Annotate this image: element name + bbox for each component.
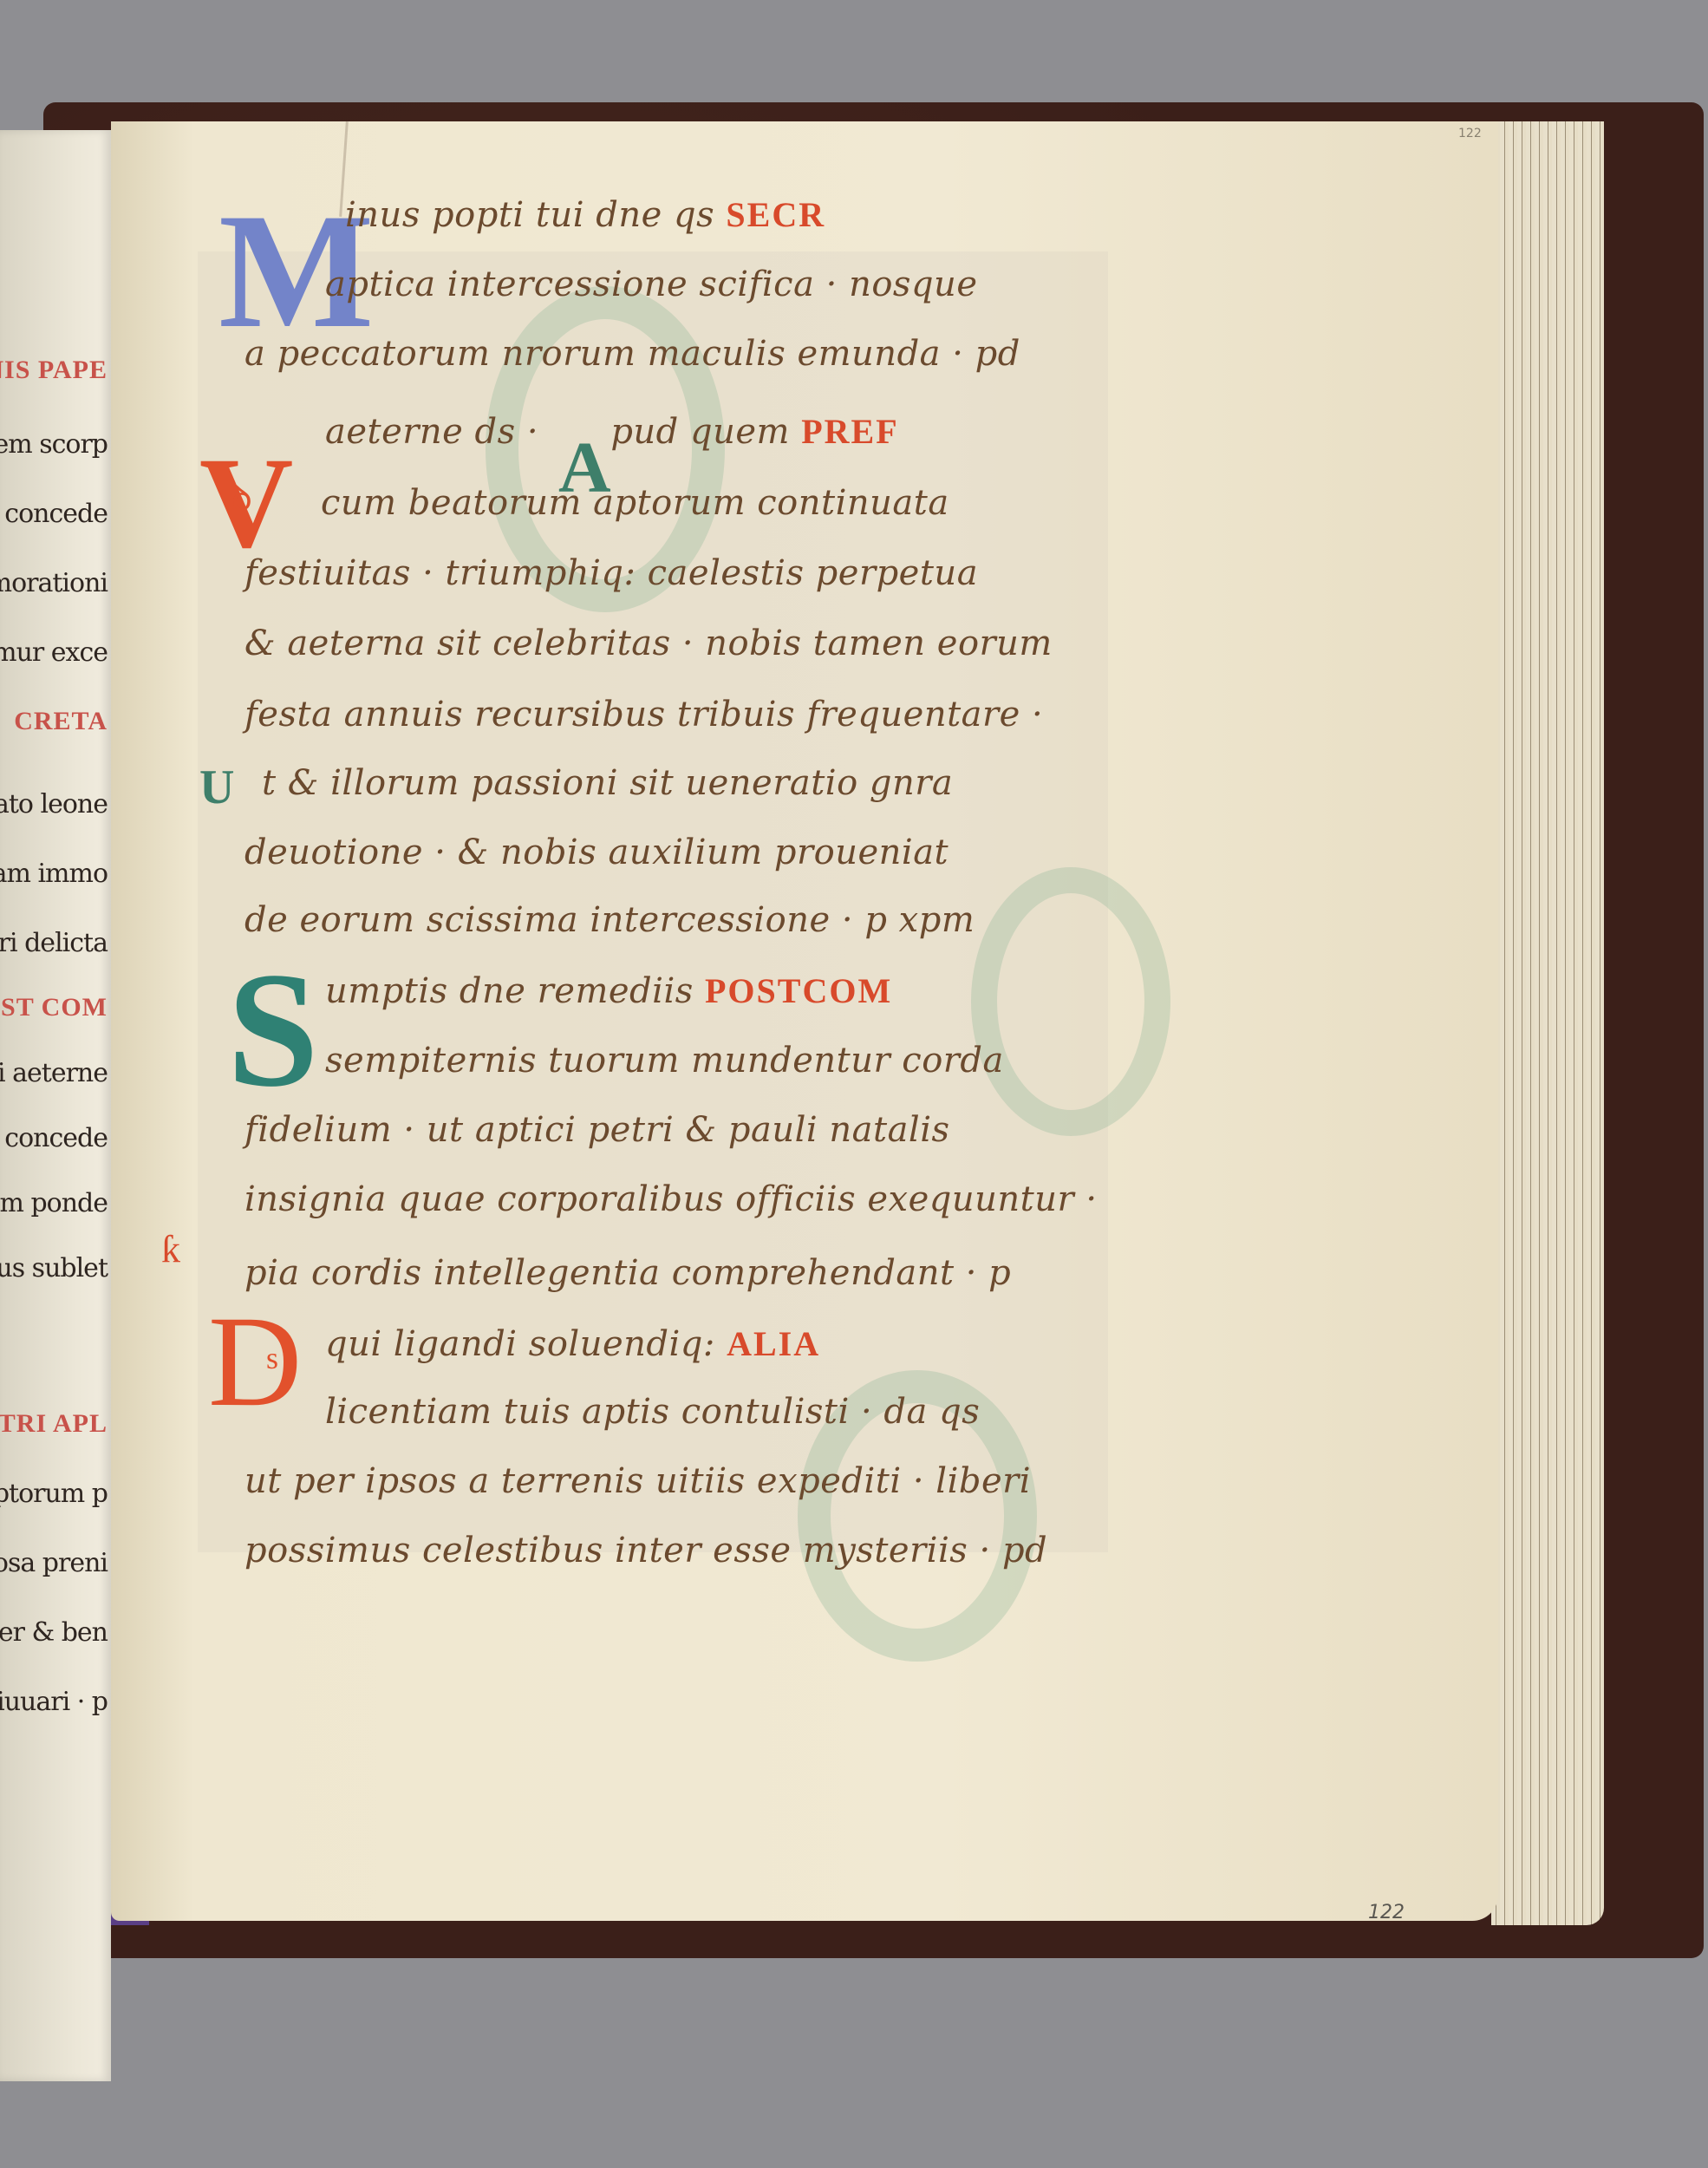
line-text: & aeterna sit celebritas · nobis tamen e… <box>244 624 1053 663</box>
initial-D-red: D <box>208 1296 302 1427</box>
folio-number: 122 <box>1368 1902 1405 1923</box>
manuscript-line: ut per ipsos a terrenis uitiis expediti … <box>244 1464 1031 1499</box>
left-page-fragment: um aptorum p <box>0 1479 108 1509</box>
line-text: festa annuis recursibus tribuis frequent… <box>244 695 1043 735</box>
manuscript-line: fidelium · ut aptici petri & pauli natal… <box>244 1113 950 1147</box>
left-page-fragment: quisti · concede <box>0 499 108 529</box>
manuscript-line: aeterne ds · pud quem PREF <box>325 415 899 449</box>
left-page-fragment: pontificem scorp <box>0 429 108 460</box>
rubric: POSTCOM <box>705 971 892 1010</box>
manuscript-line: deuotione · & nobis auxilium proueniat <box>244 835 949 870</box>
line-text: licentiam tuis aptis contulisti · da qs <box>325 1392 980 1432</box>
folio-number-top: 122 <box>1458 127 1482 140</box>
line-text: sempiternis tuorum mundentur corda <box>325 1041 1004 1081</box>
initial-U-green: U <box>199 763 234 812</box>
manuscript-line: aptica intercessione scifica · nosque <box>325 267 977 302</box>
manuscript-line: de eorum scissima intercessione · p xpm <box>244 903 975 937</box>
line-text: insignia quae corporalibus officiis exeq… <box>244 1179 1098 1219</box>
manuscript-line: festiuitas · triumphiq: caelestis perpet… <box>244 556 978 591</box>
left-page-fragment: tio · quam immo <box>0 859 108 889</box>
line-text: aptica intercessione scifica · nosque <box>325 264 977 304</box>
line-text: de eorum scissima intercessione · p xpm <box>244 900 975 940</box>
manuscript-line: qui ligandi soluendiq: ALIA <box>325 1327 820 1362</box>
line-text: cum beatorum aptorum continuata <box>321 483 949 523</box>
left-page-fragment: SCI PETRI APL <box>0 1409 108 1439</box>
line-text: inus popti tui dne qs <box>345 195 726 235</box>
line-text: a peccatorum nrorum maculis emunda · pd <box>244 334 1020 374</box>
initial-VD-inner: ꝺ <box>231 473 252 520</box>
line-text: pud quem <box>610 412 801 452</box>
line-text: fidelium · ut aptici petri & pauli natal… <box>244 1110 950 1150</box>
line-text: pia cordis intellegentia comprehendant ·… <box>244 1253 1011 1293</box>
line-text: umptis dne remediis <box>325 971 705 1011</box>
left-page-fragment: plus consi aeterne <box>0 1058 108 1088</box>
initial-D-inner: s <box>266 1340 278 1376</box>
left-page-fragment: ONIS PAPE <box>0 356 108 385</box>
line-text: festiuitas · triumphiq: caelestis perpet… <box>244 553 978 593</box>
manuscript-line: & aeterna sit celebritas · nobis tamen e… <box>244 626 1053 661</box>
line-text: t & illorum passioni sit ueneratio gnra <box>262 763 953 803</box>
marginal-mark: ƙ <box>161 1227 180 1271</box>
manuscript-line: pia cordis intellegentia comprehendant ·… <box>244 1256 1011 1290</box>
rubric: ALIA <box>727 1324 820 1363</box>
show-through-initial <box>971 867 1170 1136</box>
manuscript-line: umptis dne remediis POSTCOM <box>325 974 892 1009</box>
manuscript-line: licentiam tuis aptis contulisti · da qs <box>325 1394 980 1429</box>
left-page-fragment: orum nrorum ponde <box>0 1188 108 1218</box>
manuscript-line: sempiternis tuorum mundentur corda <box>325 1043 1004 1078</box>
line-text: ut per ipsos a terrenis uitiis expediti … <box>244 1461 1031 1501</box>
left-page-fragment: a nulisti · concede <box>0 1123 108 1153</box>
line-text: deuotione · & nobis auxilium proueniat <box>244 833 949 872</box>
manuscript-line: t & illorum passioni sit ueneratio gnra <box>262 766 953 800</box>
line-text: aeterne ds · <box>325 412 550 452</box>
left-page-fragment: POST COM <box>0 993 108 1022</box>
left-page-fragment: CRETA <box>14 707 108 736</box>
manuscript-line: festa annuis recursibus tribuis frequent… <box>244 697 1043 732</box>
left-page-fragment: ente beato leone <box>0 789 108 820</box>
manuscript-line: possimus celestibus inter esse mysteriis… <box>244 1533 1047 1568</box>
manuscript-line: a peccatorum nrorum maculis emunda · pd <box>244 336 1020 371</box>
left-page-fragment: commemorationi <box>0 568 108 598</box>
left-page-fragment: ribus adiuuari · p <box>0 1687 108 1717</box>
rubric: SECR <box>726 195 825 234</box>
line-text: possimus celestibus inter esse mysteriis… <box>244 1531 1047 1570</box>
page-fore-edges <box>1491 121 1604 1925</box>
left-page-fragment: nos semper & ben <box>0 1617 108 1648</box>
left-page-fragment: sti relaxari delicta <box>0 928 108 958</box>
rubric: PREF <box>801 412 898 451</box>
left-page-verso: ONIS PAPEpontificem scorpquisti · conced… <box>0 130 111 2081</box>
manuscript-line: cum beatorum aptorum continuata <box>321 486 949 520</box>
line-text: qui ligandi soluendiq: <box>325 1324 727 1364</box>
manuscript-line: inus popti tui dne qs SECR <box>345 198 825 232</box>
left-page-fragment: oq; mereamur exce <box>0 637 108 668</box>
left-page-fragment: a gloriosa preni <box>0 1548 108 1578</box>
left-page-fragment: he precibus sublet <box>0 1253 108 1283</box>
manuscript-line: insignia quae corporalibus officiis exeq… <box>244 1182 1098 1217</box>
initial-S-green: S <box>227 948 319 1113</box>
